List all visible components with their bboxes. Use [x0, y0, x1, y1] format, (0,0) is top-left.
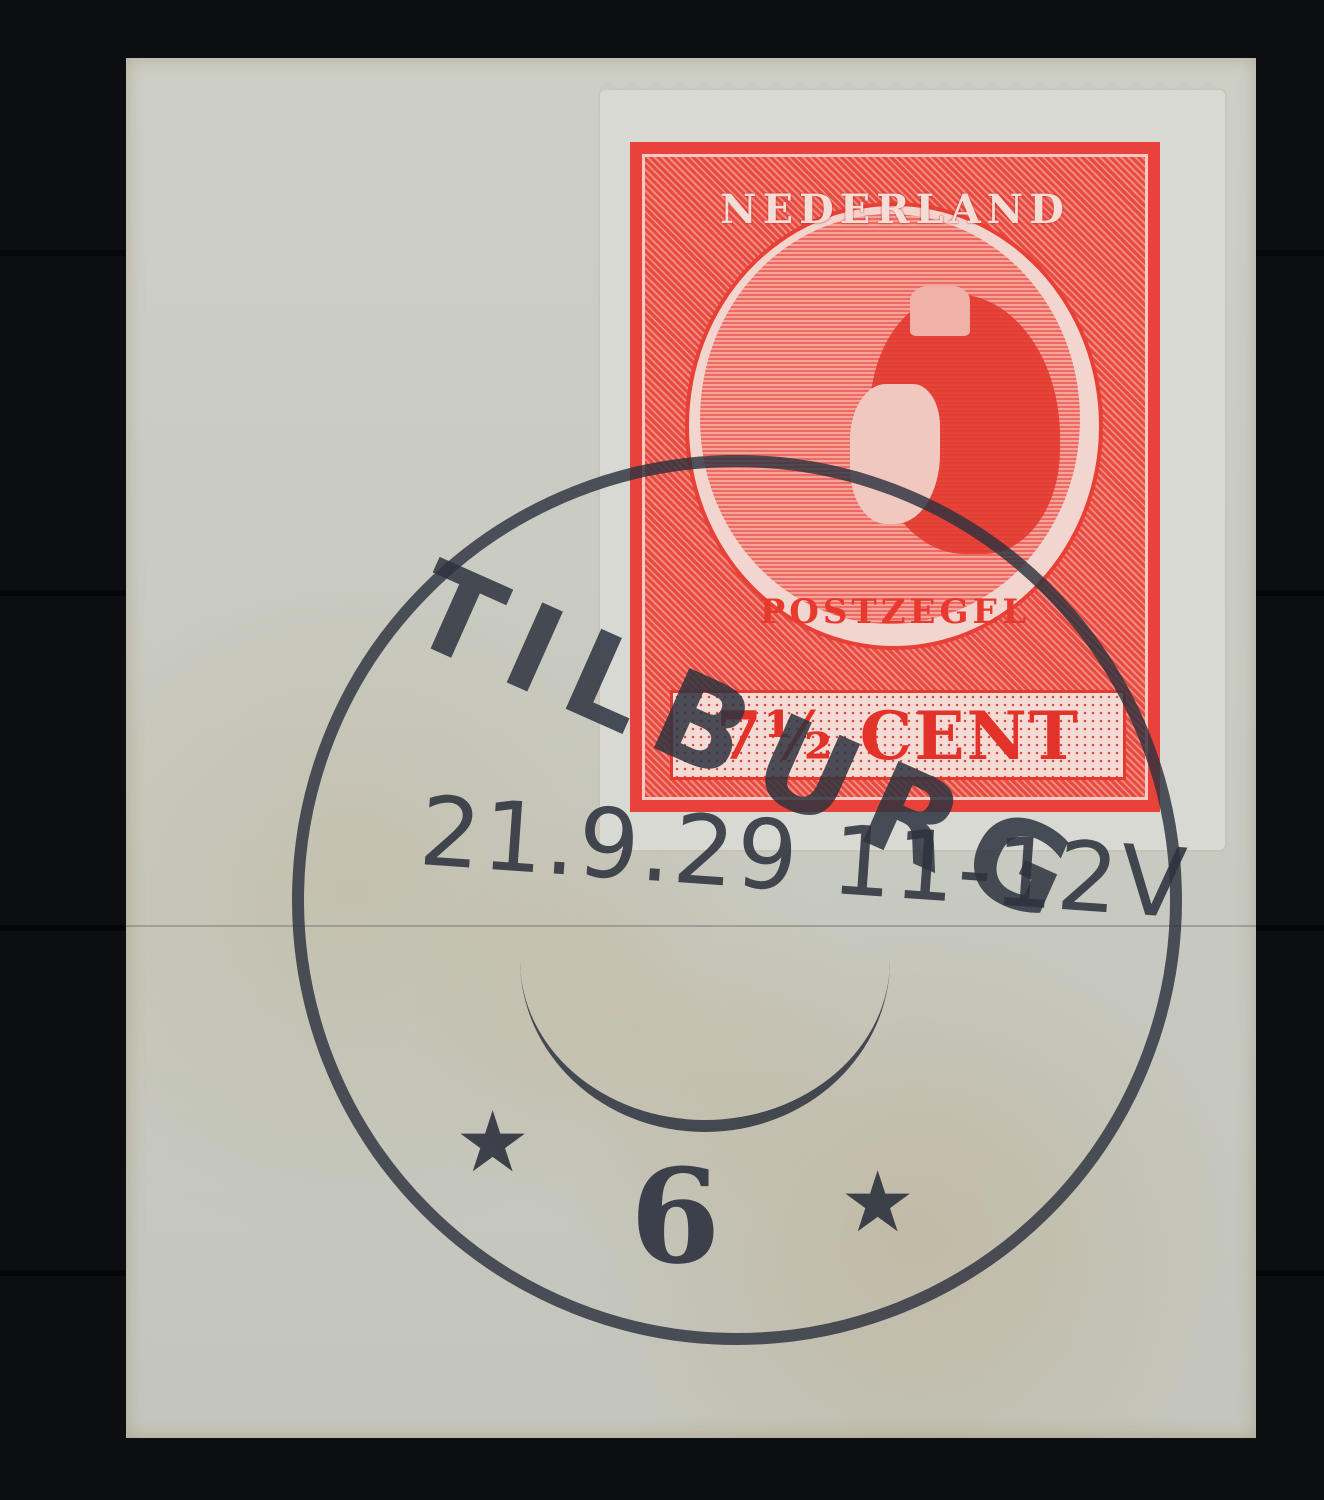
- postmark-office-number: 6: [630, 1140, 720, 1293]
- stamp-country: NEDERLAND: [630, 186, 1160, 233]
- crown-icon: [910, 286, 970, 336]
- star-icon: ★: [455, 1100, 530, 1184]
- stamp-perforations: [600, 78, 1225, 90]
- star-icon: ★: [840, 1160, 915, 1244]
